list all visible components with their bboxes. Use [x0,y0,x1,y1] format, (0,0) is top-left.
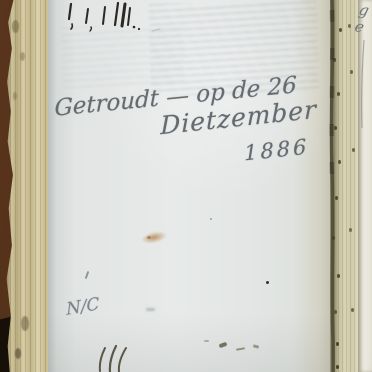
page-edge-blotch [15,348,21,359]
page-edge-blotch [13,92,17,100]
ink-speck [266,281,269,284]
page-edge-specks [0,0,3,4]
ink-smudge [204,340,209,342]
printed-text-bleedthrough [61,24,185,89]
ink-speck [210,218,212,220]
page-edge-blotch [12,20,19,33]
right-page-edges [330,0,358,372]
adjacent-page [358,0,372,372]
page-edge-blotch [20,52,25,61]
photograph-open-register-book: Getroudt — op de 26 Dietzember 1886 N/C … [0,0,372,372]
faint-smudge [146,308,155,311]
paper-stain-core [147,236,151,239]
page-edge-blotch [21,316,29,331]
